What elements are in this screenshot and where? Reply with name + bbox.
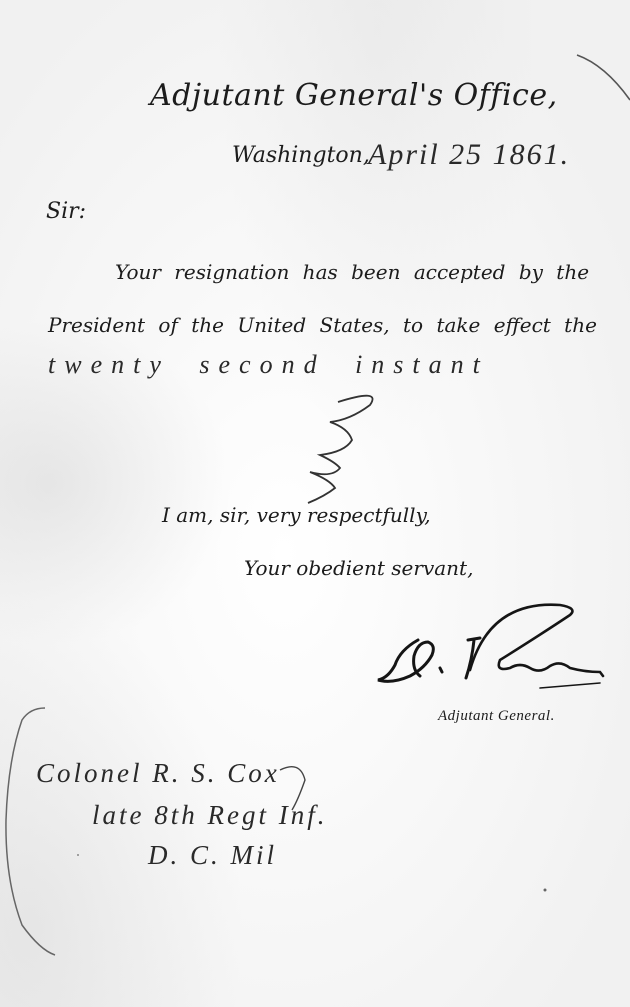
addressee-flourish (280, 767, 305, 810)
left-bracket-stroke (6, 708, 55, 955)
scanned-letter-page: Adjutant General's Office, Washington, A… (0, 0, 630, 1007)
corner-stroke (577, 55, 630, 100)
signature-l-thomas (378, 605, 603, 688)
ink-strokes (0, 0, 630, 1007)
squiggle-filler-mark (308, 396, 373, 503)
